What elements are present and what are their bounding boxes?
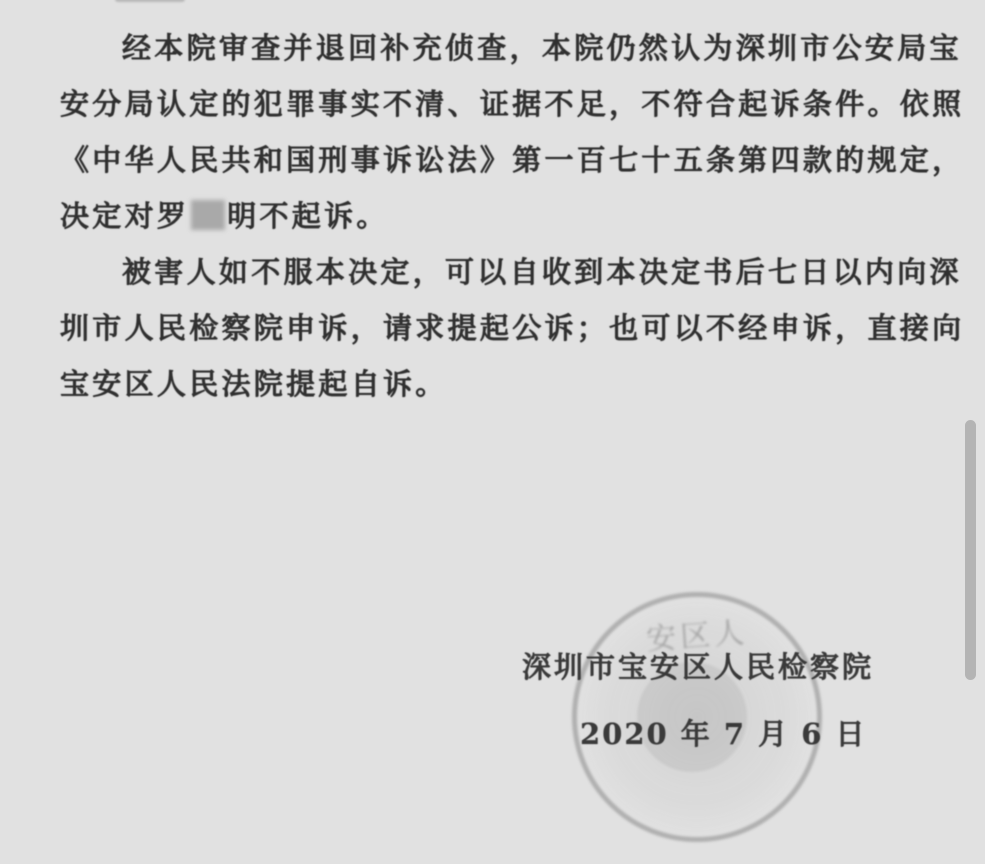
redacted-name-block (191, 200, 225, 230)
paragraph-appeal-rights: 被害人如不服本决定，可以自收到本决定书后七日以内向深 圳市人民检察院申诉，请求提… (60, 244, 940, 412)
paragraph-line: 经本院审查并退回补充侦查，本院仍然认为深圳市公安局宝 (60, 20, 940, 76)
text-before-redaction: 决定对罗 (60, 199, 189, 233)
previous-line-fragment (115, 0, 185, 2)
text-after-redaction: 明不起诉。 (227, 199, 389, 233)
paragraph-line: 被害人如不服本决定，可以自收到本决定书后七日以内向深 (60, 244, 940, 300)
paragraph-decision: 经本院审查并退回补充侦查，本院仍然认为深圳市公安局宝 安分局认定的犯罪事实不清、… (60, 20, 940, 244)
paragraph-line: 安分局认定的犯罪事实不清、证据不足，不符合起诉条件。依照 (60, 76, 940, 132)
vertical-scrollbar[interactable] (965, 420, 976, 680)
paragraph-line-with-redaction: 决定对罗明不起诉。 (60, 188, 940, 244)
issue-date: 2020 年 7 月 6 日 (580, 712, 867, 753)
paragraph-line: 宝安区人民法院提起自诉。 (60, 356, 940, 412)
issuing-authority: 深圳市宝安区人民检察院 (522, 645, 874, 686)
document-page: 经本院审查并退回补充侦查，本院仍然认为深圳市公安局宝 安分局认定的犯罪事实不清、… (0, 0, 985, 864)
paragraph-line: 《中华人民共和国刑事诉讼法》第一百七十五条第四款的规定， (60, 132, 940, 188)
paragraph-line: 圳市人民检察院申诉，请求提起公诉；也可以不经申诉，直接向 (60, 300, 940, 356)
